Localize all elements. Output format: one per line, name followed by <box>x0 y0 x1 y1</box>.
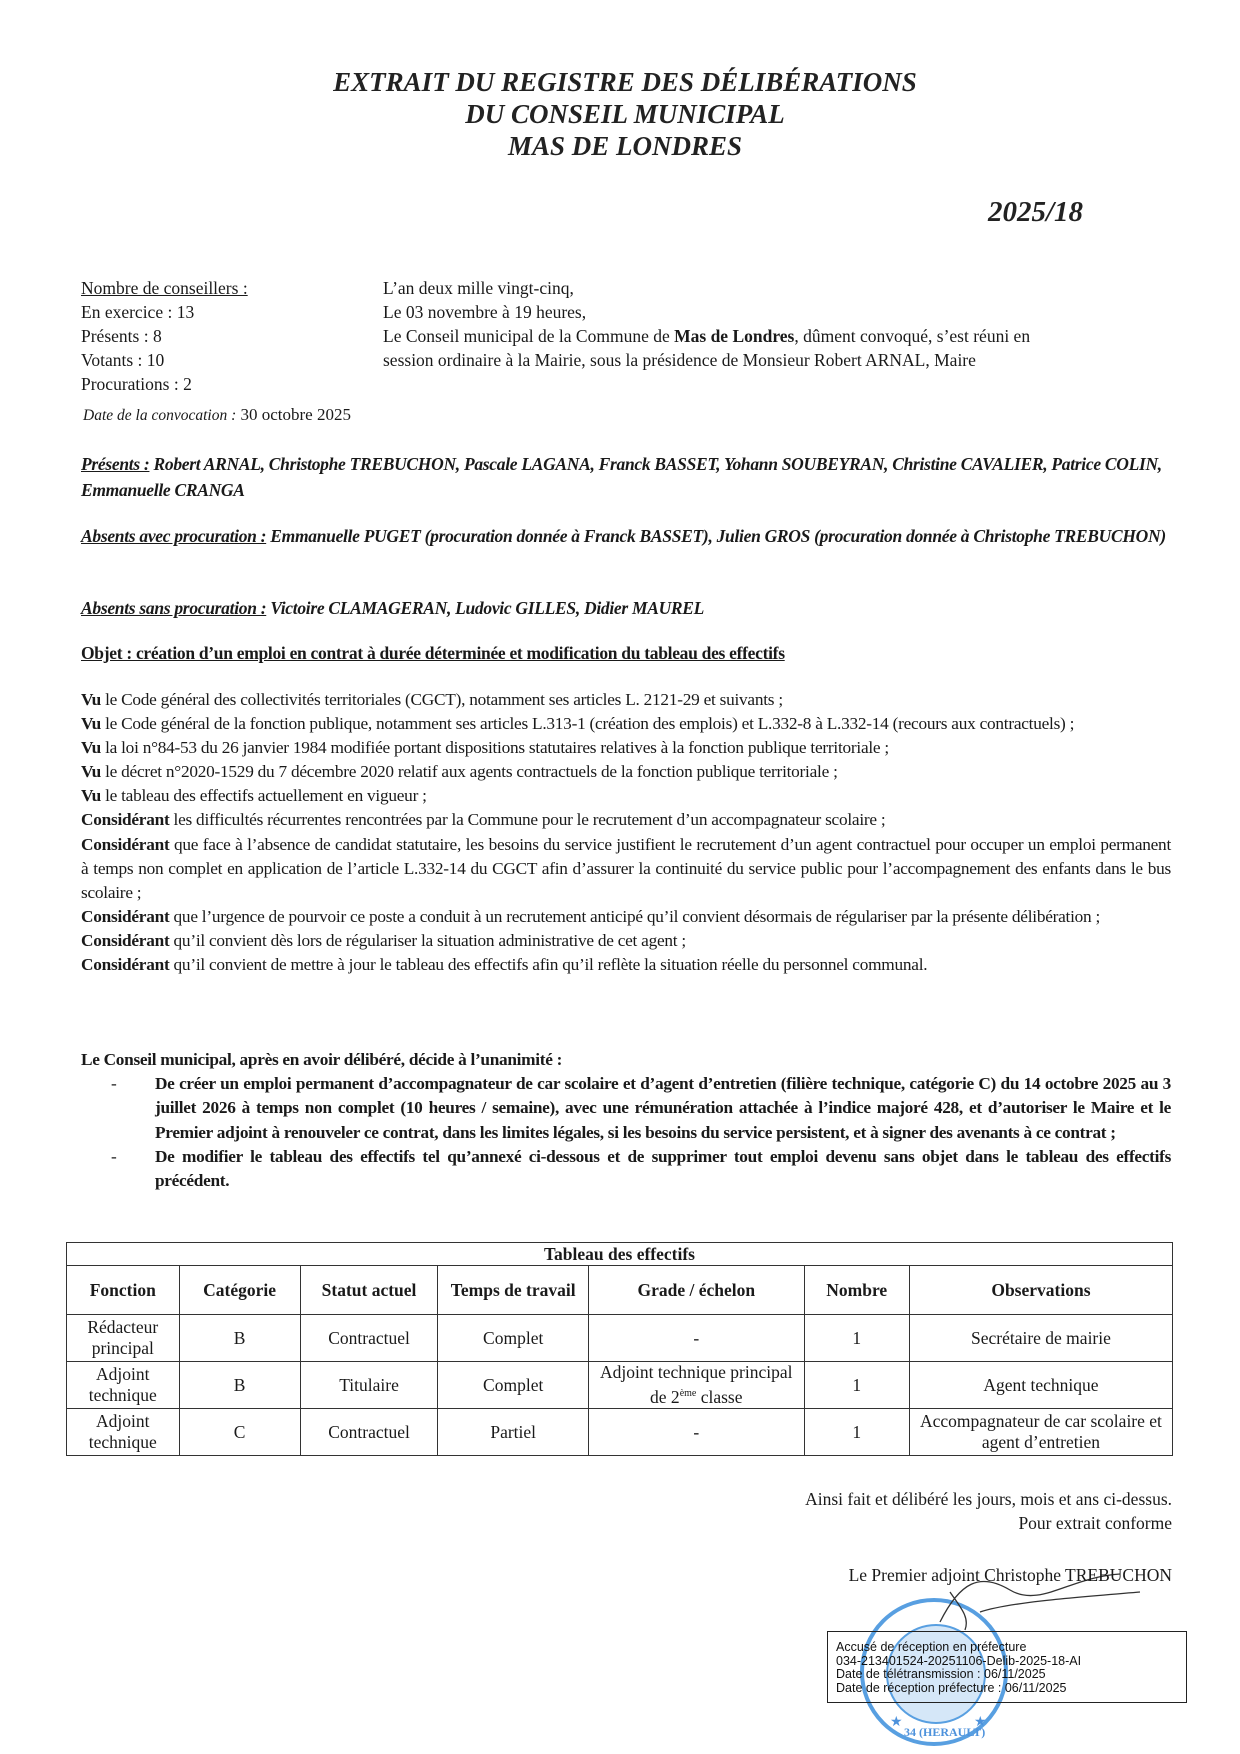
decision-item: De modifier le tableau des effectifs tel… <box>155 1145 1171 1193</box>
receipt-line-4: Date de réception préfecture : 06/11/202… <box>836 1682 1186 1696</box>
consideration-text: que face à l’absence de candidat statuta… <box>81 835 1171 902</box>
consideration-text: le Code général de la fonction publique,… <box>101 714 1074 733</box>
cell-grade: Adjoint technique principal de 2ème clas… <box>588 1362 804 1409</box>
receipt-line-2: 034-213401524-20251106-Delib-2025-18-AI <box>836 1655 1186 1669</box>
star-icon: ★ <box>890 1714 903 1731</box>
decision-intro: Le Conseil municipal, après en avoir dél… <box>81 1048 1171 1072</box>
column-header: Statut actuel <box>300 1266 438 1315</box>
consideration-item: Considérant qu’il convient de mettre à j… <box>81 953 1171 977</box>
convocation-value: 30 octobre 2025 <box>236 405 351 424</box>
cell-fonction: Rédacteur principal <box>67 1315 180 1362</box>
consideration-item: Considérant que l’urgence de pourvoir ce… <box>81 905 1171 929</box>
cell-grade: - <box>588 1315 804 1362</box>
cell-observations: Agent technique <box>909 1362 1172 1409</box>
consideration-lead: Considérant <box>81 835 169 854</box>
grade-text-after: classe <box>696 1387 742 1407</box>
objet-heading: Objet : création d’un emploi en contrat … <box>81 643 785 664</box>
consideration-item: Vu le Code général de la fonction publiq… <box>81 712 1171 736</box>
absents-with-proxy: Absents avec procuration : Emmanuelle PU… <box>81 523 1171 549</box>
table-row: Rédacteur principalBContractuelComplet-1… <box>67 1315 1173 1362</box>
title-line-2: DU CONSEIL MUNICIPAL <box>10 98 1240 130</box>
session-line-3-end: , dûment convoqué, s’est réuni en <box>794 326 1030 346</box>
consideration-lead: Vu <box>81 762 101 781</box>
consideration-item: Considérant les difficultés récurrentes … <box>81 808 1171 832</box>
cell-grade: - <box>588 1409 804 1456</box>
consideration-item: Vu la loi n°84-53 du 26 janvier 1984 mod… <box>81 736 1171 760</box>
session-line-3-start: Le Conseil municipal de la Commune de <box>383 326 674 346</box>
presents-names: Robert ARNAL, Christophe TREBUCHON, Pasc… <box>81 454 1162 500</box>
consideration-text: qu’il convient de mettre à jour le table… <box>169 955 927 974</box>
cell-statut: Contractuel <box>300 1315 438 1362</box>
seal-department: 34 (HERAULT) <box>904 1725 985 1740</box>
cell-temps: Complet <box>438 1362 588 1409</box>
signatory: Le Premier adjoint Christophe TREBUCHON <box>849 1565 1172 1586</box>
consideration-lead: Considérant <box>81 810 169 829</box>
decision-items: De créer un emploi permanent d’accompagn… <box>81 1072 1171 1193</box>
consideration-text: la loi n°84-53 du 26 janvier 1984 modifi… <box>101 738 889 757</box>
cell-fonction: Adjoint technique <box>67 1409 180 1456</box>
table-header-row: FonctionCatégorieStatut actuelTemps de t… <box>67 1266 1173 1315</box>
consideration-lead: Considérant <box>81 931 169 950</box>
session-info: L’an deux mille vingt-cinq, Le 03 novemb… <box>383 276 1183 372</box>
consideration-item: Considérant qu’il convient dès lors de r… <box>81 929 1171 953</box>
closing-line-2: Pour extrait conforme <box>805 1511 1172 1535</box>
commune-name: Mas de Londres <box>674 326 794 346</box>
column-header: Observations <box>909 1266 1172 1315</box>
cell-categorie: C <box>179 1409 300 1456</box>
receipt-line-1: Accusé de réception en préfecture <box>836 1641 1186 1655</box>
count-votants: Votants : 10 <box>81 348 248 372</box>
cell-statut: Contractuel <box>300 1409 438 1456</box>
cell-observations: Accompagnateur de car scolaire et agent … <box>909 1409 1172 1456</box>
closing-formula: Ainsi fait et délibéré les jours, mois e… <box>805 1487 1172 1535</box>
column-header: Temps de travail <box>438 1266 588 1315</box>
cell-categorie: B <box>179 1362 300 1409</box>
consideration-item: Vu le Code général des collectivités ter… <box>81 688 1171 712</box>
cell-nombre: 1 <box>804 1409 909 1456</box>
consideration-lead: Vu <box>81 738 101 757</box>
absents-without-proxy: Absents sans procuration : Victoire CLAM… <box>81 595 1171 621</box>
absents-noproxy-names: Victoire CLAMAGERAN, Ludovic GILLES, Did… <box>266 598 704 618</box>
title-line-1: EXTRAIT DU REGISTRE DES DÉLIBÉRATIONS <box>10 66 1240 98</box>
table-row: Adjoint techniqueCContractuelPartiel-1Ac… <box>67 1409 1173 1456</box>
table-row: Adjoint techniqueBTitulaireCompletAdjoin… <box>67 1362 1173 1409</box>
cell-observations: Secrétaire de mairie <box>909 1315 1172 1362</box>
consideration-text: le Code général des collectivités territ… <box>101 690 783 709</box>
consideration-text: qu’il convient dès lors de régulariser l… <box>169 931 686 950</box>
consideration-text: le décret n°2020-1529 du 7 décembre 2020… <box>101 762 838 781</box>
document-title: EXTRAIT DU REGISTRE DES DÉLIBÉRATIONS DU… <box>0 66 1240 162</box>
column-header: Catégorie <box>179 1266 300 1315</box>
effectifs-table: Tableau des effectifs FonctionCatégorieS… <box>66 1242 1173 1456</box>
deliberation-number: 2025/18 <box>988 196 1083 229</box>
consideration-text: que l’urgence de pourvoir ce poste a con… <box>169 907 1100 926</box>
prefecture-receipt: Accusé de réception en préfecture 034-21… <box>827 1631 1187 1703</box>
title-line-3: MAS DE LONDRES <box>10 130 1240 162</box>
considerations: Vu le Code général des collectivités ter… <box>81 688 1171 977</box>
decision-item: De créer un emploi permanent d’accompagn… <box>155 1072 1171 1145</box>
counts-heading: Nombre de conseillers : <box>81 276 248 300</box>
consideration-text: les difficultés récurrentes rencontrées … <box>169 810 885 829</box>
cell-temps: Partiel <box>438 1409 588 1456</box>
councillor-counts: Nombre de conseillers : En exercice : 13… <box>81 276 248 396</box>
count-presents: Présents : 8 <box>81 324 248 348</box>
cell-nombre: 1 <box>804 1362 909 1409</box>
grade-superscript: ème <box>680 1388 697 1399</box>
absents-proxy-names: Emmanuelle PUGET (procuration donnée à F… <box>266 526 1166 546</box>
closing-line-1: Ainsi fait et délibéré les jours, mois e… <box>805 1487 1172 1511</box>
session-line-1: L’an deux mille vingt-cinq, <box>383 276 1183 300</box>
convocation-date: Date de la convocation : 30 octobre 2025 <box>83 405 351 425</box>
presents-list: Présents : Robert ARNAL, Christophe TREB… <box>81 451 1171 503</box>
consideration-item: Vu le décret n°2020-1529 du 7 décembre 2… <box>81 760 1171 784</box>
session-line-3: Le Conseil municipal de la Commune de Ma… <box>383 324 1183 348</box>
presents-label: Présents : <box>81 454 149 474</box>
consideration-text: le tableau des effectifs actuellement en… <box>101 786 427 805</box>
column-header: Nombre <box>804 1266 909 1315</box>
absents-noproxy-label: Absents sans procuration : <box>81 598 266 618</box>
table-caption: Tableau des effectifs <box>67 1243 1173 1266</box>
consideration-item: Considérant que face à l’absence de cand… <box>81 833 1171 905</box>
decision-block: Le Conseil municipal, après en avoir dél… <box>81 1048 1171 1193</box>
session-line-2: Le 03 novembre à 19 heures, <box>383 300 1183 324</box>
consideration-lead: Vu <box>81 714 101 733</box>
count-procurations: Procurations : 2 <box>81 372 248 396</box>
cell-categorie: B <box>179 1315 300 1362</box>
consideration-lead: Vu <box>81 786 101 805</box>
consideration-lead: Considérant <box>81 955 169 974</box>
cell-temps: Complet <box>438 1315 588 1362</box>
consideration-lead: Considérant <box>81 907 169 926</box>
convocation-label: Date de la convocation : <box>83 407 236 424</box>
cell-nombre: 1 <box>804 1315 909 1362</box>
cell-statut: Titulaire <box>300 1362 438 1409</box>
consideration-item: Vu le tableau des effectifs actuellement… <box>81 784 1171 808</box>
cell-fonction: Adjoint technique <box>67 1362 180 1409</box>
session-line-4: session ordinaire à la Mairie, sous la p… <box>383 348 1183 372</box>
count-en-exercice: En exercice : 13 <box>81 300 248 324</box>
absents-proxy-label: Absents avec procuration : <box>81 526 266 546</box>
consideration-lead: Vu <box>81 690 101 709</box>
column-header: Grade / échelon <box>588 1266 804 1315</box>
receipt-line-3: Date de télétransmission : 06/11/2025 <box>836 1668 1186 1682</box>
column-header: Fonction <box>67 1266 180 1315</box>
